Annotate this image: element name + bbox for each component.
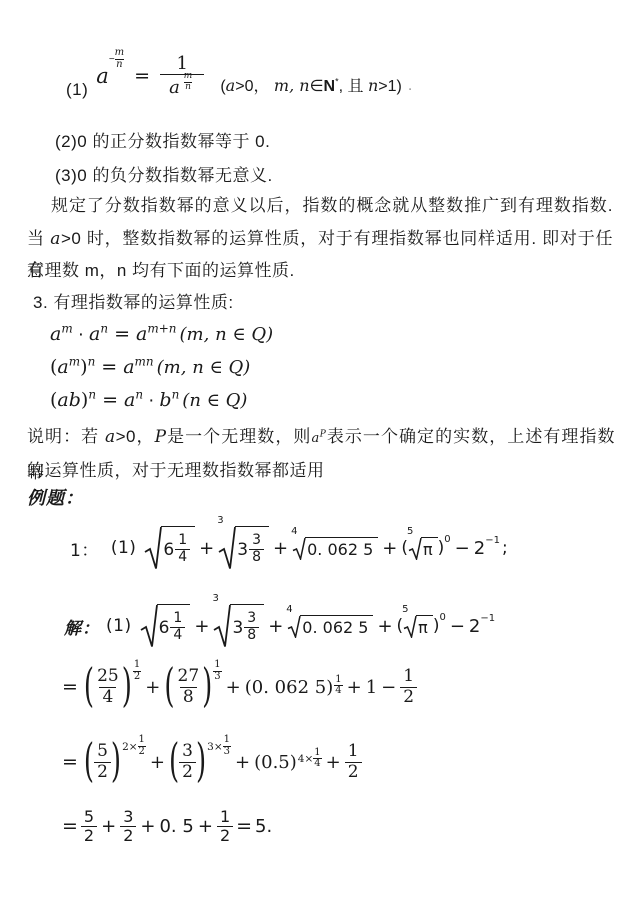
cuberoot-3-and-3-8: 3 3 38 — [218, 526, 269, 570]
plus-sign: + — [268, 616, 283, 637]
equals-sign: = — [236, 815, 252, 837]
power-0-0625-quarter: (0. 062 5) 14 — [245, 677, 343, 698]
fraction-denominator: n — [115, 59, 123, 71]
big-paren-open: ( — [169, 739, 179, 785]
plus-sign: + — [199, 538, 214, 559]
pi-symbol: π — [416, 615, 433, 638]
plus-sign: + — [101, 816, 116, 837]
radicand-value: 0. 062 5 — [305, 537, 378, 560]
big-paren-open: ( — [84, 739, 94, 785]
exponent-3-times-third: 3×13 — [207, 735, 231, 758]
and-text: , 且 — [339, 78, 368, 95]
question-number: 1： — [70, 536, 99, 561]
solution-step-3: = 52 + 32 + 0. 5 + 12 = 5. — [62, 799, 272, 853]
base-a: a — [89, 323, 100, 345]
fraction-denominator: n — [184, 82, 192, 93]
text: 说明：若 — [27, 427, 105, 446]
root-index: 3 — [217, 515, 223, 526]
exponent-minus-one: −1 — [480, 613, 495, 624]
var-P: P — [155, 427, 167, 447]
fraction-1-2: 12 — [217, 808, 233, 845]
plus-sign: + — [150, 752, 165, 773]
greater-than-zero: >0， — [235, 78, 274, 95]
exponent-n: n — [100, 322, 108, 336]
solution-step-2: = ( 52 ) 2×12 + ( 32 ) 3×13 + (0.5) 4×14… — [62, 726, 362, 798]
base-two: 2 — [469, 616, 480, 637]
part-label: (1) — [106, 616, 132, 636]
condition: (m, n ∈ Q) — [157, 357, 251, 378]
multiplication-dot: · — [148, 390, 154, 411]
exponent-n: n — [135, 388, 143, 402]
fifthroot-pi-power-0: ( 5 π ) 0 — [401, 537, 450, 560]
exponent-one-third: 13 — [213, 660, 221, 683]
formula-negative-fractional-exponent: (1) a − m n = 1 a m n (a>0， m, n∈N*, 且 n… — [66, 34, 412, 118]
minus-sign: − — [450, 616, 465, 637]
plus-sign: + — [235, 752, 250, 773]
base-b: b — [159, 389, 171, 411]
plus-sign: + — [194, 616, 209, 637]
mixed-fraction: 38 — [249, 533, 264, 565]
radical-sign-icon — [292, 537, 306, 560]
equals-sign: = — [101, 356, 117, 378]
big-paren-open: ( — [164, 664, 174, 710]
big-paren-close: ) — [196, 739, 206, 785]
fraction-3-2: 32 — [120, 808, 136, 845]
var-a: a — [50, 229, 61, 249]
paragraph-extension-to-rational-exponents: 规定了分数指数幂的意义以后，指数的概念就从整数推广到有理数指数. 当 a>0 时… — [27, 190, 613, 288]
decimal-in-parens: (0.5) — [254, 752, 297, 773]
element-of: ∈ — [310, 78, 324, 95]
exponent-zero: 0 — [439, 612, 445, 623]
radicand-value: 0. 062 5 — [300, 615, 373, 638]
base-a: a — [57, 356, 68, 378]
plus-sign: + — [377, 616, 392, 637]
two-to-minus-one: 2 −1 — [474, 538, 500, 559]
law-distributive-rule: (ab)n=an·bn(n ∈ Q) — [50, 384, 273, 417]
fraction-numerator: m — [181, 72, 196, 82]
minus-sign: − — [455, 538, 470, 559]
root-index: 5 — [407, 526, 413, 537]
exponent-neg-m-over-n: − m n — [109, 48, 124, 71]
plus-sign: + — [273, 538, 288, 559]
law-power-rule: (am)n=amn(m, n ∈ Q) — [50, 351, 273, 384]
semicolon: ; — [502, 538, 508, 558]
fourthroot-0-0625: 4 0. 062 5 — [292, 537, 378, 560]
radical-sign-icon — [403, 615, 417, 638]
two-to-minus-one: 2 −1 — [469, 616, 495, 637]
item-2-positive-fractional-power-of-zero: (2)0 的正分数指数幂等于 0. — [55, 127, 270, 152]
plus-sign: + — [347, 677, 362, 698]
note-paragraph-irrational-exponents: 说明：若 a>0，P是一个无理数，则aP表示一个确定的实数，上述有理指数幂 的运… — [27, 420, 615, 488]
power-3-2-3x-third: ( 32 ) 3×13 — [169, 742, 231, 781]
radical-sign-icon — [408, 537, 422, 560]
equals-sign: = — [62, 815, 78, 837]
root-index: 5 — [402, 604, 408, 615]
plus-sign: + — [145, 677, 160, 698]
root-index: 4 — [286, 604, 292, 615]
exponent-zero: 0 — [444, 534, 450, 545]
exponent-2-times-half: 2×12 — [122, 735, 146, 758]
var-a: a — [105, 427, 116, 447]
fraction-5-2: 52 — [94, 742, 111, 781]
rational-exponent-laws: am·an=am+n(m, n ∈ Q) (am)n=amn(m, n ∈ Q)… — [50, 318, 273, 417]
big-paren-close: ) — [122, 664, 132, 710]
outer-exponent-n: n — [88, 355, 96, 369]
paren-close: >1) — [378, 78, 402, 95]
exponent-mn: mn — [135, 355, 154, 369]
number-one: 1 — [366, 677, 377, 698]
whole-number: 6 — [163, 540, 174, 560]
whole-number: 3 — [237, 540, 248, 560]
fraction-5-2: 52 — [81, 808, 97, 845]
exponent-fraction: m n — [181, 72, 196, 92]
equals-sign: = — [62, 751, 78, 773]
plus-sign: + — [382, 538, 397, 559]
fourthroot-0-0625: 4 0. 062 5 — [287, 615, 373, 638]
fraction-27-8: 278 — [175, 667, 203, 706]
scanned-math-notes-page: { "symbols": {"sqrt": "√"}, "item1": { "… — [0, 0, 640, 905]
mixed-fraction: 14 — [170, 611, 185, 643]
fraction-3-2: 32 — [179, 742, 196, 781]
radical-sign-icon — [140, 604, 158, 648]
radical-sign-icon — [144, 526, 162, 570]
big-paren-open: ( — [84, 664, 94, 710]
fraction-denominator: a m n — [160, 74, 204, 98]
domain-condition: (a>0， m, n∈N*, 且 n>1) — [220, 73, 401, 96]
fraction-numerator: m — [115, 48, 124, 59]
a-to-the-P: aP — [311, 431, 326, 446]
equals-sign: = — [114, 323, 130, 345]
exponent-m-plus-n: m+n — [147, 322, 176, 336]
fraction-one-half: 12 — [345, 742, 362, 781]
base-two: 2 — [474, 538, 485, 559]
power-27-8-third: ( 278 ) 13 — [164, 667, 221, 706]
whole-number: 6 — [159, 618, 170, 638]
condition: (m, n ∈ Q) — [180, 324, 274, 345]
sqrt-6-and-1-4: 6 14 — [144, 526, 195, 570]
paren-close: ) — [80, 356, 87, 378]
radical-sign-icon — [218, 526, 236, 570]
exponent-one-quarter: 14 — [334, 675, 342, 698]
big-paren-close: ) — [202, 664, 212, 710]
reciprocal-fraction: 1 a m n — [160, 54, 204, 99]
final-result: 5. — [255, 816, 272, 837]
equals-sign: = — [102, 389, 118, 411]
faint-period: . — [408, 77, 412, 95]
pi-symbol: π — [421, 537, 438, 560]
power-0-5-4x-quarter: (0.5) 4×14 — [254, 752, 322, 773]
paren-open: ( — [397, 616, 404, 636]
paragraph-line-1: 规定了分数指数幂的意义以后，指数的概念就从整数推广到有理数指数. — [27, 190, 613, 223]
condition: (n ∈ Q) — [182, 390, 247, 411]
big-paren-close: ) — [111, 739, 121, 785]
exponent-m: m — [61, 322, 72, 336]
paren-close: ) — [433, 616, 440, 636]
exponent-one-half: 12 — [133, 660, 141, 683]
exponent-m: m — [69, 355, 80, 369]
paren-open: ( — [401, 538, 408, 558]
radical-sign-icon — [213, 604, 231, 648]
paren-close: ) — [438, 538, 445, 558]
multiplication-dot: · — [78, 324, 84, 345]
part-label: (1) — [111, 538, 137, 558]
note-line-1: 说明：若 a>0，P是一个无理数，则aP表示一个确定的实数，上述有理指数幂 — [27, 420, 615, 454]
power-25-4-half: ( 254 ) 12 — [84, 667, 141, 706]
sqrt-6-and-1-4: 6 14 — [140, 604, 191, 648]
paragraph-line-3: 有理数 m，n 均有下面的运算性质. — [27, 255, 613, 288]
base-a: a — [50, 323, 61, 345]
exponent-4-times-quarter: 4×14 — [298, 748, 322, 771]
fraction-25-4: 254 — [94, 667, 122, 706]
text: 当 — [27, 229, 50, 248]
set-N: N — [324, 78, 336, 95]
item-3-negative-fractional-power-of-zero: (3)0 的负分数指数幂无意义. — [55, 161, 273, 186]
text: 是一个无理数，则 — [167, 427, 312, 446]
plus-sign: + — [226, 677, 241, 698]
law-product-rule: am·an=am+n(m, n ∈ Q) — [50, 318, 273, 351]
decimal-in-parens: (0. 062 5) — [245, 677, 333, 698]
plus-sign: + — [198, 816, 213, 837]
section-3-heading: 3. 有理指数幂的运算性质: — [33, 288, 234, 313]
plus-sign: + — [140, 816, 155, 837]
base-ab: ab — [57, 389, 81, 411]
solution-label: 解： — [64, 614, 100, 639]
note-line-2: 的运算性质，对于无理数指数幂都适用 — [27, 454, 615, 488]
var-a: a — [226, 76, 236, 95]
equals-sign: = — [62, 676, 78, 698]
base-a: a — [96, 64, 109, 88]
root-index: 3 — [212, 593, 218, 604]
mixed-fraction: 14 — [175, 533, 190, 565]
paragraph-line-2: 当 a>0 时，整数指数幂的运算性质，对于有理指数幂也同样适用. 即对于任意 — [27, 223, 613, 256]
examples-heading: 例题： — [27, 484, 84, 510]
base-a: a — [123, 356, 134, 378]
text: >0， — [116, 427, 155, 446]
plus-sign: + — [326, 752, 341, 773]
base-a: a — [136, 323, 147, 345]
radical-sign-icon — [287, 615, 301, 638]
vars-m-n: m, n — [274, 76, 310, 95]
root-index: 4 — [291, 526, 297, 537]
whole-number: 3 — [232, 618, 243, 638]
base-a: a — [124, 389, 135, 411]
power-a-neg-m-n: a − m n — [96, 64, 124, 88]
base-a: a — [169, 78, 180, 98]
exponent-n: n — [88, 388, 96, 402]
solution-step-1: = ( 254 ) 12 + ( 278 ) 13 + (0. 062 5) 1… — [62, 655, 417, 719]
solution-line: 解： (1) 6 14 + 3 3 38 + 4 0. 062 5 + ( 5 … — [64, 597, 495, 655]
minus-sign: − — [381, 677, 396, 698]
exponent-fraction: m n — [115, 48, 124, 71]
mixed-fraction: 38 — [244, 611, 259, 643]
equals-sign: = — [134, 65, 150, 87]
cuberoot-3-and-3-8: 3 3 38 — [213, 604, 264, 648]
decimal-0-5: 0. 5 — [159, 816, 193, 837]
fifthroot-pi-power-0: ( 5 π ) 0 — [397, 615, 446, 638]
var-n: n — [368, 76, 378, 95]
item1-label: (1) — [66, 80, 88, 100]
question-1-line: 1： (1) 6 14 + 3 3 38 + 4 0. 062 5 + ( 5 … — [70, 518, 508, 578]
exponent-minus-one: −1 — [485, 535, 500, 546]
fraction-one-half: 12 — [400, 667, 417, 706]
base-a: a — [311, 431, 319, 446]
exponent-n: n — [172, 388, 180, 402]
power-5-2-2x-half: ( 52 ) 2×12 — [84, 742, 146, 781]
